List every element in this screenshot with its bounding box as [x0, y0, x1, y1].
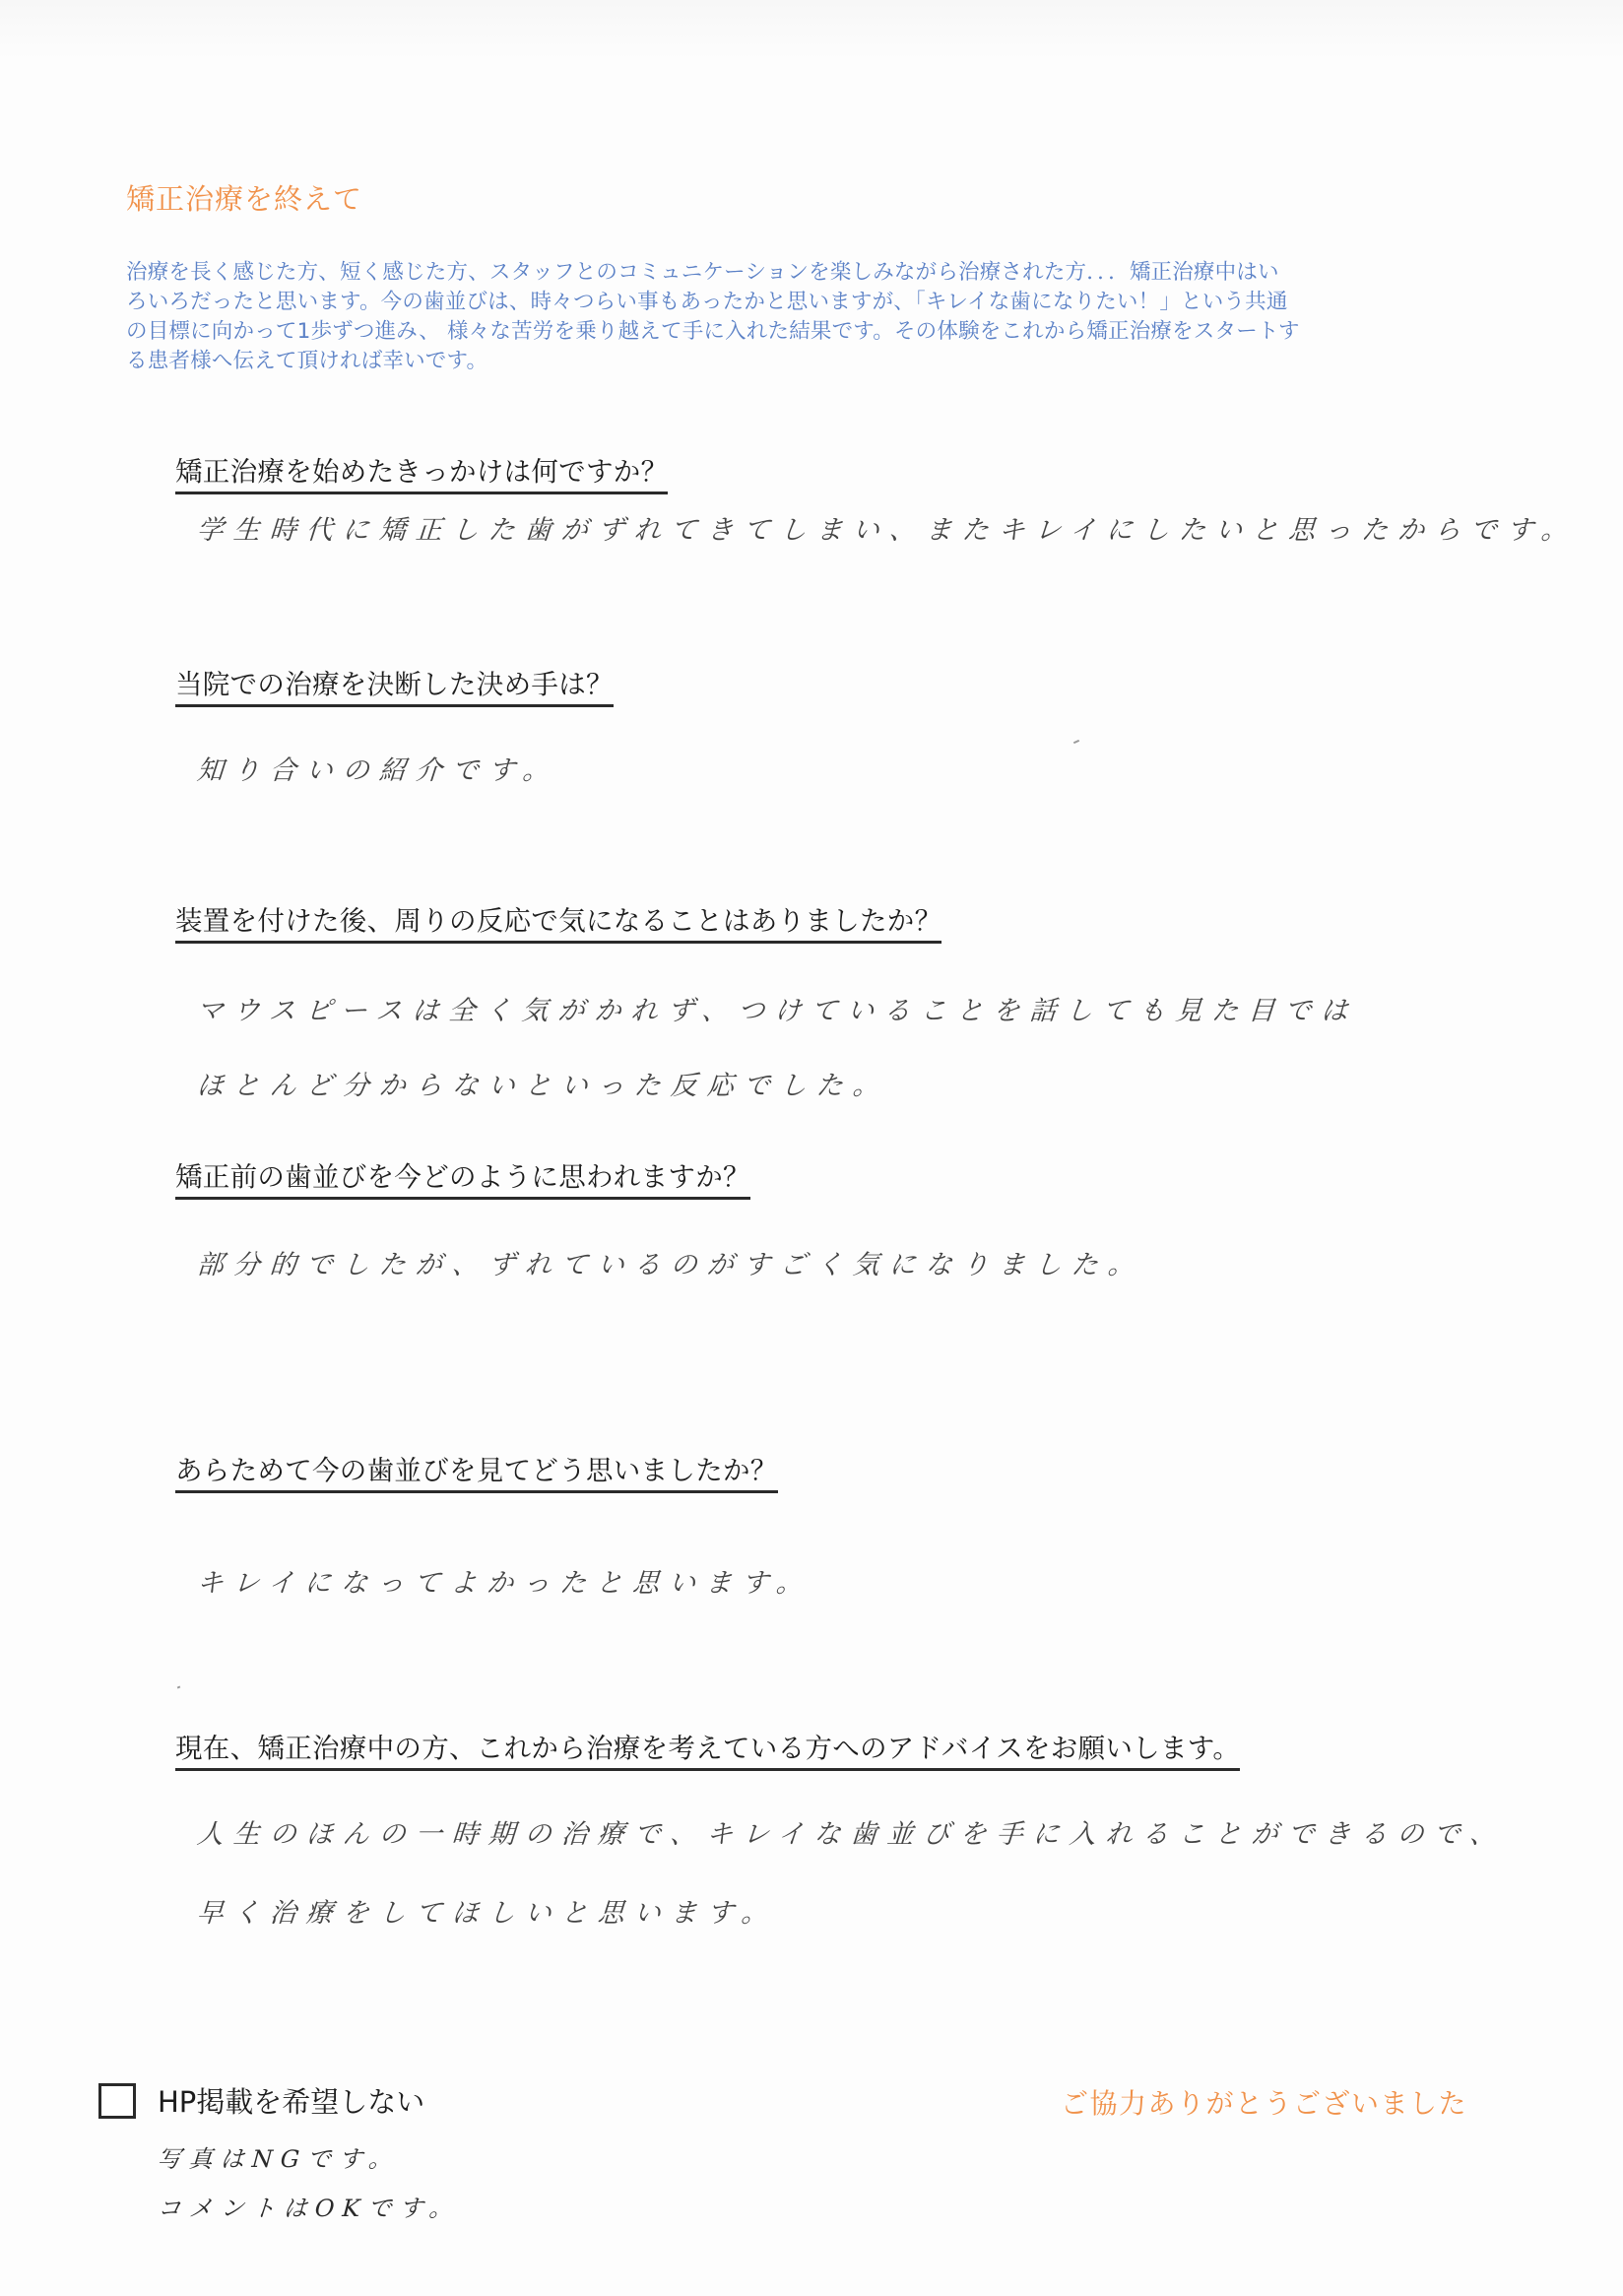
thank-you-text: ご協力ありがとうございました: [1061, 2082, 1467, 2122]
hp-opt-out-row[interactable]: HP掲載を希望しない: [98, 2080, 424, 2121]
questionnaire-sheet: 矯正治療を終えて 治療を長く感じた方、短く感じた方、スタッフとのコミュニケーショ…: [0, 0, 1623, 2296]
question-2-heading: 当院での治療を決断した決め手は？: [175, 662, 614, 707]
scan-speck: [177, 1685, 181, 1688]
intro-line: の目標に向かって1歩ずつ進み、 様々な苦労を乗り越えて手に入れた結果です。その体…: [126, 317, 1495, 347]
question-5-heading: あらためて今の歯並びを見てどう思いましたか？: [175, 1448, 778, 1493]
hp-opt-out-label: HP掲載を希望しない: [158, 2080, 424, 2121]
handwritten-note-photo: 写真はNGです。: [157, 2139, 402, 2174]
answer-4-line-1: 部分的でしたが、ずれているのがすごく気になりました。: [196, 1243, 1146, 1281]
answer-6-line-1: 人生のほんの一時期の治療で、キレイな歯並びを手に入れることができるので、: [196, 1812, 1508, 1851]
answer-2-line-1: 知り合いの紹介です。: [196, 749, 561, 787]
question-3-heading: 装置を付けた後、周りの反応で気になることはありましたか？: [175, 898, 941, 944]
answer-6-line-2: 早く治療をしてほしいと思います。: [196, 1891, 780, 1930]
intro-line: 治療を長く感じた方、短く感じた方、スタッフとのコミュニケーションを楽しみながら治…: [126, 258, 1495, 288]
intro-line: ろいろだったと思います。今の歯並びは、時々つらい事もあったかと思いますが、「キレ…: [126, 288, 1495, 317]
question-4-heading: 矯正前の歯並びを今どのように思われますか？: [175, 1154, 750, 1200]
question-6-heading: 現在、矯正治療中の方、これから治療を考えている方へのアドバイスをお願いします。: [175, 1726, 1240, 1771]
answer-5-line-1: キレイになってよかったと思います。: [196, 1561, 814, 1600]
handwritten-note-comment: コメントはOKです。: [157, 2189, 462, 2223]
answer-1-line-1: 学生時代に矯正した歯がずれてきてしまい、またキレイにしたいと思ったからです。: [196, 508, 1580, 547]
hp-opt-out-checkbox[interactable]: [98, 2083, 136, 2119]
document-title: 矯正治療を終えて: [126, 177, 362, 218]
scan-speck: [1073, 740, 1079, 744]
intro-line: る患者様へ伝えて頂ければ幸いです。: [126, 347, 1495, 376]
answer-3-line-2: ほとんど分からないといった反応でした。: [196, 1064, 891, 1102]
question-1-heading: 矯正治療を始めたきっかけは何ですか？: [175, 449, 668, 494]
intro-paragraph: 治療を長く感じた方、短く感じた方、スタッフとのコミュニケーションを楽しみながら治…: [126, 258, 1495, 376]
answer-3-line-1: マウスピースは全く気がかれず、つけていることを話しても見た目では: [196, 989, 1359, 1027]
